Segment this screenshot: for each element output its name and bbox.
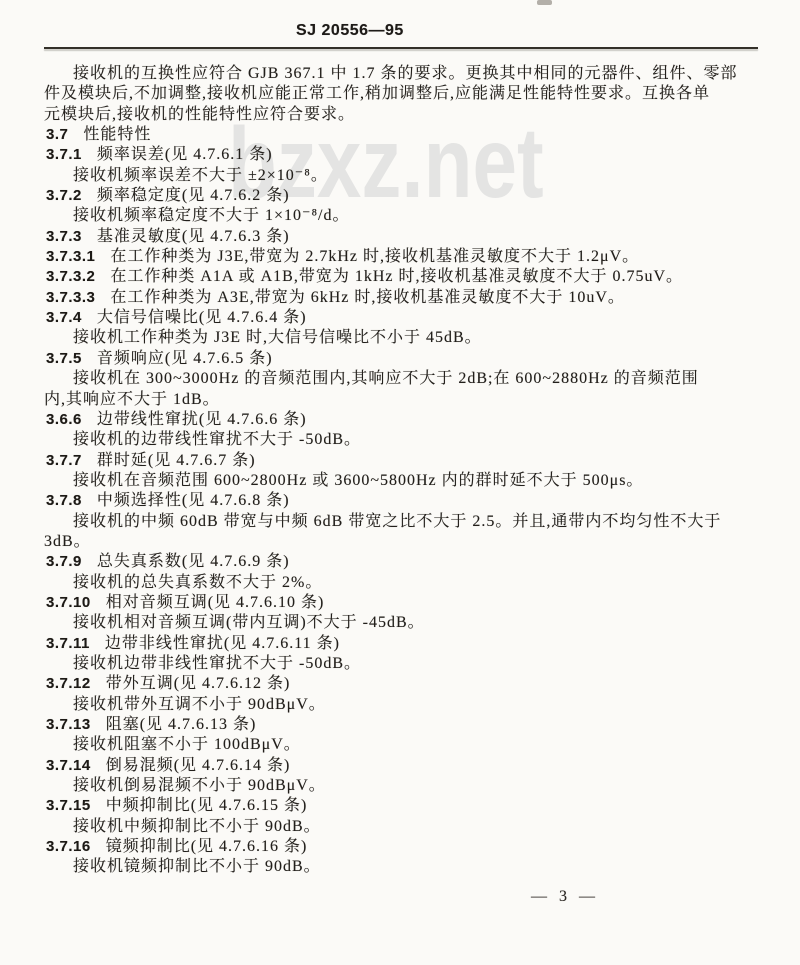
clause-text: 大信号信噪比(见 4.7.6.4 条) (97, 309, 307, 326)
document-body: 接收机的互换性应符合 GJB 367.1 中 1.7 条的要求。更换其中相同的元… (44, 64, 758, 878)
clause-text: 性能特性 (83, 126, 151, 143)
text-line: 接收机频率稳定度不大于 1×10⁻⁸/d。 (44, 206, 758, 226)
text-line: 接收机阻塞不小于 100dBμV。 (44, 735, 758, 755)
text-line: 接收机的总失真系数不大于 2%。 (44, 573, 758, 593)
clause-number: 3.7.11 (46, 635, 90, 652)
text-line: 3.7.8中频选择性(见 4.7.6.8 条) (44, 491, 758, 511)
text-line: 3.7.4大信号信噪比(见 4.7.6.4 条) (44, 308, 758, 328)
text-line: 接收机镜频抑制比不小于 90dB。 (44, 857, 758, 877)
clause-text: 在工作种类为 A3E,带宽为 6kHz 时,接收机基准灵敏度不大于 10uV。 (110, 289, 625, 306)
clause-text: 总失真系数(见 4.7.6.9 条) (97, 553, 290, 570)
clause-text: 频率误差(见 4.7.6.1 条) (97, 146, 273, 163)
text-line: 3dB。 (44, 532, 758, 552)
text-line: 3.7.3.3在工作种类为 A3E,带宽为 6kHz 时,接收机基准灵敏度不大于… (44, 288, 758, 308)
text-line: 3.7.14倒易混频(见 4.7.6.14 条) (44, 756, 758, 776)
clause-number: 3.7.16 (46, 838, 91, 855)
text-line: 接收机的边带线性窜扰不大于 -50dB。 (44, 430, 758, 450)
clause-number: 3.7.9 (46, 553, 82, 570)
clause-number: 3.7.12 (46, 675, 91, 692)
clause-text: 音频响应(见 4.7.6.5 条) (97, 350, 273, 367)
standard-number: SJ 20556—95 (296, 22, 404, 40)
clause-text: 带外互调(见 4.7.6.12 条) (106, 675, 291, 692)
text-line: 接收机频率误差不大于 ±2×10⁻⁸。 (44, 166, 758, 186)
clause-text: 在工作种类 A1A 或 A1B,带宽为 1kHz 时,接收机基准灵敏度不大于 0… (110, 268, 683, 285)
clause-number: 3.7.3.2 (46, 268, 95, 285)
text-line: 3.7性能特性 (44, 125, 758, 145)
clause-text: 群时延(见 4.7.6.7 条) (97, 452, 256, 469)
text-line: 接收机的互换性应符合 GJB 367.1 中 1.7 条的要求。更换其中相同的元… (44, 64, 758, 84)
clause-number: 3.7.1 (46, 146, 82, 163)
clause-number: 3.7.5 (46, 350, 82, 367)
text-line: 3.7.10相对音频互调(见 4.7.6.10 条) (44, 593, 758, 613)
clause-number: 3.7.2 (46, 187, 82, 204)
clause-text: 边带线性窜扰(见 4.7.6.6 条) (97, 411, 307, 428)
clause-text: 频率稳定度(见 4.7.6.2 条) (97, 187, 290, 204)
clause-number: 3.7.4 (46, 309, 82, 326)
text-line: 接收机在音频范围 600~2800Hz 或 3600~5800Hz 内的群时延不… (44, 471, 758, 491)
text-line: 3.7.12带外互调(见 4.7.6.12 条) (44, 674, 758, 694)
clause-number: 3.7.13 (46, 716, 91, 733)
text-line: 接收机相对音频互调(带内互调)不大于 -45dB。 (44, 613, 758, 633)
clause-text: 中频抑制比(见 4.7.6.15 条) (106, 797, 308, 814)
scan-artifact (537, 0, 552, 5)
text-line: 元模块后,接收机的性能特性应符合要求。 (44, 105, 758, 125)
text-line: 接收机的中频 60dB 带宽与中频 6dB 带宽之比不大于 2.5。并且,通带内… (44, 512, 758, 532)
clause-number: 3.7.15 (46, 797, 91, 814)
text-line: 3.7.1频率误差(见 4.7.6.1 条) (44, 145, 758, 165)
clause-text: 镜频抑制比(见 4.7.6.16 条) (106, 838, 308, 855)
header-rule (44, 47, 758, 49)
clause-number: 3.7 (46, 126, 68, 143)
clause-text: 中频选择性(见 4.7.6.8 条) (97, 492, 290, 509)
clause-number: 3.7.3.3 (46, 289, 95, 306)
clause-number: 3.6.6 (46, 411, 82, 428)
text-line: 件及模块后,不加调整,接收机应能正常工作,稍加调整后,应能满足性能特性要求。互换… (44, 84, 758, 104)
text-line: 内,其响应不大于 1dB。 (44, 390, 758, 410)
text-line: 3.6.6边带线性窜扰(见 4.7.6.6 条) (44, 410, 758, 430)
clause-text: 阻塞(见 4.7.6.13 条) (106, 716, 257, 733)
text-line: 接收机在 300~3000Hz 的音频范围内,其响应不大于 2dB;在 600~… (44, 369, 758, 389)
text-line: 3.7.3.1在工作种类为 J3E,带宽为 2.7kHz 时,接收机基准灵敏度不… (44, 247, 758, 267)
clause-number: 3.7.3.1 (46, 248, 95, 265)
text-line: 3.7.5音频响应(见 4.7.6.5 条) (44, 349, 758, 369)
text-line: 接收机带外互调不小于 90dBμV。 (44, 695, 758, 715)
clause-text: 倒易混频(见 4.7.6.14 条) (106, 757, 291, 774)
document-page: SJ 20556—95 bzxz.net 接收机的互换性应符合 GJB 367.… (0, 0, 800, 965)
clause-text: 在工作种类为 J3E,带宽为 2.7kHz 时,接收机基准灵敏度不大于 1.2μ… (110, 248, 639, 265)
text-line: 接收机中频抑制比不小于 90dB。 (44, 817, 758, 837)
clause-text: 相对音频互调(见 4.7.6.10 条) (106, 594, 325, 611)
text-line: 3.7.2频率稳定度(见 4.7.6.2 条) (44, 186, 758, 206)
page-number: — 3 — (531, 888, 599, 906)
clause-number: 3.7.14 (46, 757, 91, 774)
text-line: 3.7.3.2在工作种类 A1A 或 A1B,带宽为 1kHz 时,接收机基准灵… (44, 267, 758, 287)
text-line: 接收机工作种类为 J3E 时,大信号信噪比不小于 45dB。 (44, 328, 758, 348)
clause-number: 3.7.7 (46, 452, 82, 469)
clause-text: 基准灵敏度(见 4.7.6.3 条) (97, 228, 290, 245)
text-line: 3.7.16镜频抑制比(见 4.7.6.16 条) (44, 837, 758, 857)
clause-number: 3.7.10 (46, 594, 91, 611)
text-line: 3.7.15中频抑制比(见 4.7.6.15 条) (44, 796, 758, 816)
clause-number: 3.7.8 (46, 492, 82, 509)
clause-number: 3.7.3 (46, 228, 82, 245)
text-line: 3.7.3基准灵敏度(见 4.7.6.3 条) (44, 227, 758, 247)
clause-text: 边带非线性窜扰(见 4.7.6.11 条) (105, 635, 340, 652)
text-line: 3.7.11边带非线性窜扰(见 4.7.6.11 条) (44, 634, 758, 654)
text-line: 3.7.7群时延(见 4.7.6.7 条) (44, 451, 758, 471)
text-line: 3.7.13阻塞(见 4.7.6.13 条) (44, 715, 758, 735)
text-line: 3.7.9总失真系数(见 4.7.6.9 条) (44, 552, 758, 572)
text-line: 接收机边带非线性窜扰不大于 -50dB。 (44, 654, 758, 674)
text-line: 接收机倒易混频不小于 90dBμV。 (44, 776, 758, 796)
